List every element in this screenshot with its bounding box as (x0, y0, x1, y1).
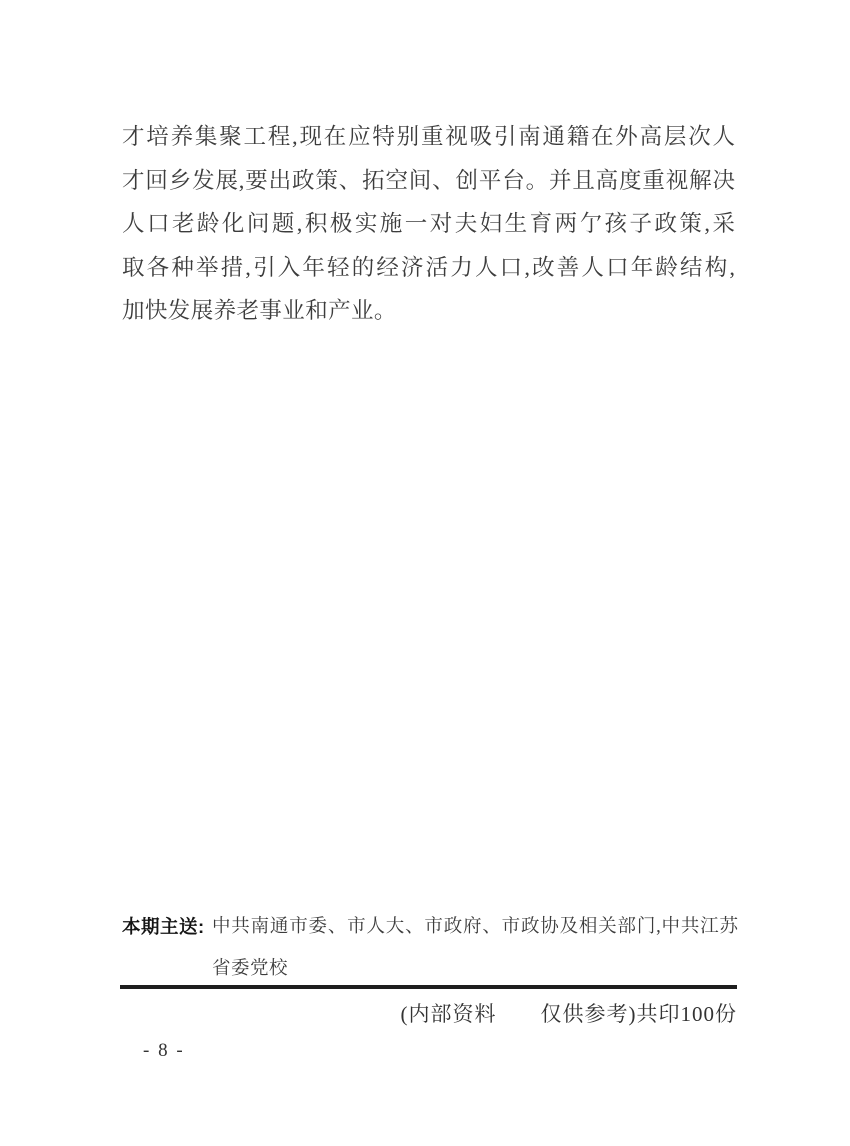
footer-divider (120, 985, 737, 989)
body-line-1: 才培养集聚工程,现在应特别重视吸引南通籍在外高层次人 (122, 115, 735, 159)
body-line-2: 才回乡发展,要出政策、拓空间、创平台。并且高度重视解决 (122, 159, 735, 203)
page-number: - 8 - (143, 1040, 185, 1062)
document-page: 才培养集聚工程,现在应特别重视吸引南通籍在外高层次人 才回乡发展,要出政策、拓空… (0, 0, 850, 1146)
distribution-content: 中共南通市委、市人大、市政府、市政协及相关部门,中共江苏 省委党校 (212, 906, 738, 990)
body-paragraph: 才培养集聚工程,现在应特别重视吸引南通籍在外高层次人 才回乡发展,要出政策、拓空… (122, 115, 735, 333)
print-info-note: (内部资料 仅供参考)共印100份 (122, 999, 737, 1029)
distribution-line-2: 省委党校 (212, 948, 738, 990)
distribution-block: 本期主送: 中共南通市委、市人大、市政府、市政协及相关部门,中共江苏 省委党校 (122, 906, 738, 990)
distribution-label: 本期主送: (122, 906, 212, 948)
body-line-3: 人口老龄化问题,积极实施一对夫妇生育两亇孩子政策,采 (122, 202, 735, 246)
body-line-4: 取各种举措,引入年轻的经济活力人口,改善人口年龄结构, (122, 246, 735, 290)
body-line-5: 加快发展养老事业和产业。 (122, 289, 735, 333)
distribution-line-1: 中共南通市委、市人大、市政府、市政协及相关部门,中共江苏 (212, 906, 738, 948)
